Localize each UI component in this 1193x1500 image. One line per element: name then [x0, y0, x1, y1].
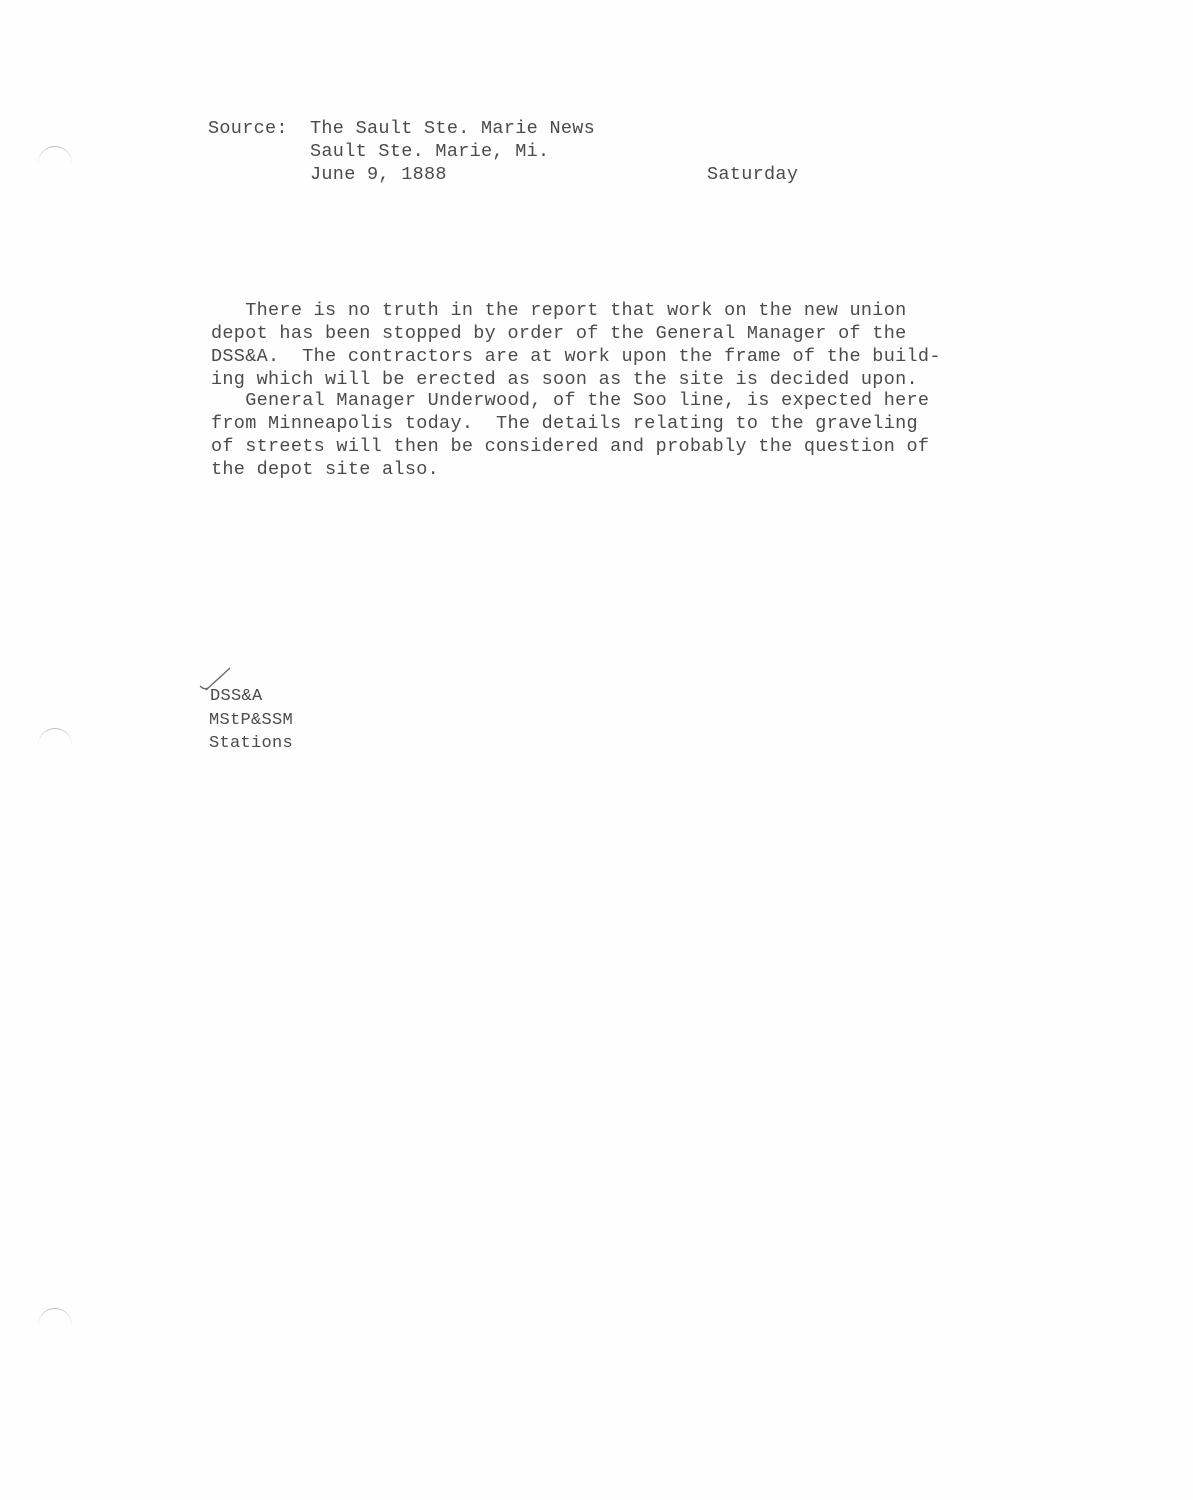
article-line: of streets will then be considered and p…	[211, 435, 929, 458]
article-line: DSS&A. The contractors are at work upon …	[211, 345, 941, 368]
index-tag: Stations	[209, 732, 293, 755]
publication-location: Sault Ste. Marie, Mi.	[310, 140, 549, 163]
index-tag: DSS&A	[210, 685, 263, 708]
article-line: ing which will be erected as soon as the…	[211, 368, 918, 391]
publication-weekday: Saturday	[707, 163, 798, 186]
punch-hole-middle	[38, 728, 72, 763]
source-label: Source:	[208, 117, 288, 140]
document-page: Source: The Sault Ste. Marie News Sault …	[0, 0, 1193, 1500]
index-tag: MStP&SSM	[209, 709, 293, 732]
article-line: There is no truth in the report that wor…	[211, 299, 907, 322]
punch-hole-top	[38, 146, 72, 181]
article-line: General Manager Underwood, of the Soo li…	[211, 389, 929, 412]
publication-name: The Sault Ste. Marie News	[310, 117, 595, 140]
punch-hole-bottom	[38, 1308, 72, 1343]
publication-date: June 9, 1888	[310, 163, 447, 186]
article-line: the depot site also.	[211, 458, 439, 481]
article-line: depot has been stopped by order of the G…	[211, 322, 907, 345]
article-line: from Minneapolis today. The details rela…	[211, 412, 918, 435]
